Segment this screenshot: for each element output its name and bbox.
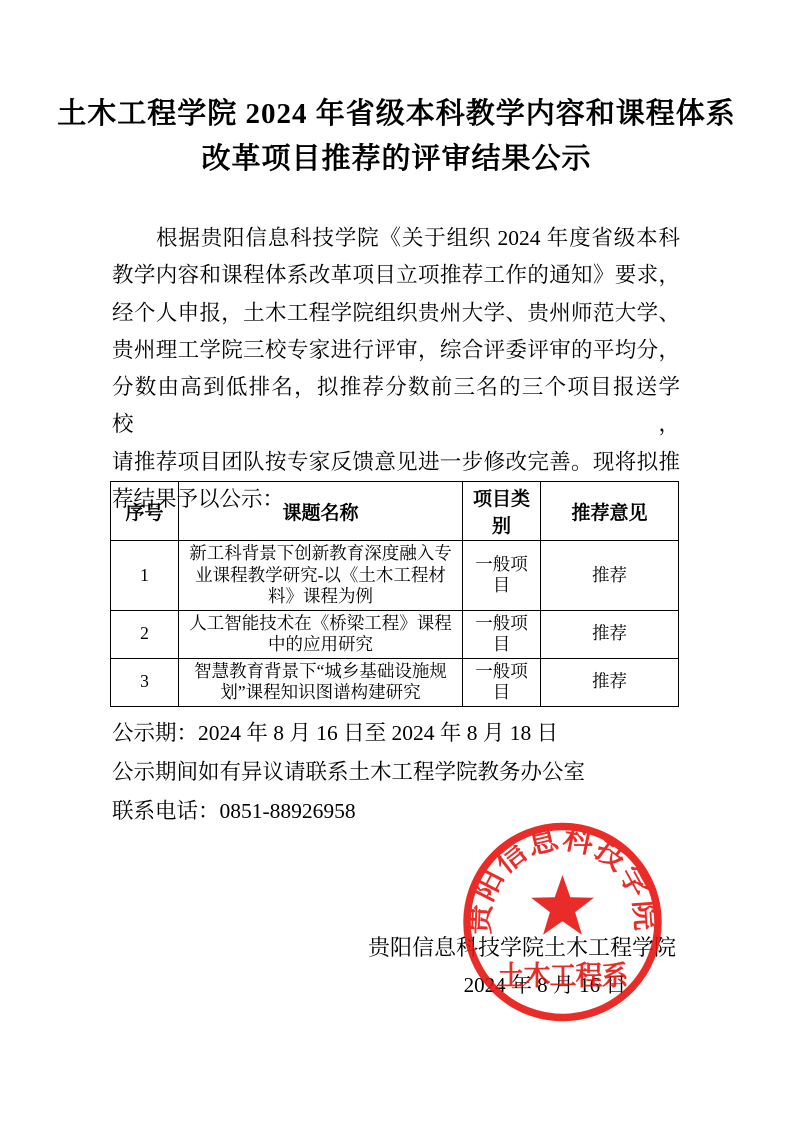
- body-line: 请推荐项目团队按专家反馈意见进一步修改完善。现将拟推: [112, 444, 680, 481]
- seal-star-icon: [531, 875, 594, 935]
- header-category: 项目类别: [463, 482, 541, 541]
- cell-category: 一般项目: [463, 610, 541, 658]
- official-seal: 贵阳信息科技学院 土木工程系: [442, 802, 682, 1042]
- header-no: 序号: [111, 482, 179, 541]
- results-table: 序号 课题名称 项目类别 推荐意见 1 新工科背景下创新教育深度融入专业课程教学…: [110, 481, 679, 707]
- table-row: 2 人工智能技术在《桥梁工程》课程中的应用研究 一般项目 推荐: [111, 610, 679, 658]
- table-row: 3 智慧教育背景下“城乡基础设施规划”课程知识图谱构建研究 一般项目 推荐: [111, 658, 679, 706]
- title-line-1: 土木工程学院 2024 年省级本科教学内容和课程体系: [56, 92, 737, 137]
- body-line: 贵州理工学院三校专家进行评审，综合评委评审的平均分，: [112, 332, 680, 369]
- table-header-row: 序号 课题名称 项目类别 推荐意见: [111, 482, 679, 541]
- document-page: 土木工程学院 2024 年省级本科教学内容和课程体系 改革项目推荐的评审结果公示…: [0, 0, 793, 1122]
- cell-title: 新工科背景下创新教育深度融入专业课程教学研究-以《土木工程材料》课程为例: [179, 541, 463, 611]
- page-title: 土木工程学院 2024 年省级本科教学内容和课程体系 改革项目推荐的评审结果公示: [56, 92, 737, 182]
- body-line: 分数由高到低排名，拟推荐分数前三名的三个项目报送学校，: [112, 369, 680, 444]
- seal-center-text: 土木工程系: [498, 960, 629, 991]
- table-row: 1 新工科背景下创新教育深度融入专业课程教学研究-以《土木工程材料》课程为例 一…: [111, 541, 679, 611]
- objection-contact-line: 公示期间如有异议请联系土木工程学院教务办公室: [112, 753, 712, 792]
- header-title: 课题名称: [179, 482, 463, 541]
- cell-no: 1: [111, 541, 179, 611]
- body-line: 教学内容和课程体系改革项目立项推荐工作的通知》要求，: [112, 257, 680, 294]
- body-line: 经个人申报，土木工程学院组织贵州大学、贵州师范大学、: [112, 295, 680, 332]
- cell-category: 一般项目: [463, 658, 541, 706]
- cell-opinion: 推荐: [541, 541, 679, 611]
- cell-no: 3: [111, 658, 179, 706]
- cell-title: 人工智能技术在《桥梁工程》课程中的应用研究: [179, 610, 463, 658]
- header-opinion: 推荐意见: [541, 482, 679, 541]
- cell-title: 智慧教育背景下“城乡基础设施规划”课程知识图谱构建研究: [179, 658, 463, 706]
- cell-category: 一般项目: [463, 541, 541, 611]
- cell-no: 2: [111, 610, 179, 658]
- publicity-period-line: 公示期：2024 年 8 月 16 日至 2024 年 8 月 18 日: [112, 714, 712, 753]
- body-paragraph: 根据贵阳信息科技学院《关于组织 2024 年度省级本科 教学内容和课程体系改革项…: [112, 220, 680, 518]
- body-line: 根据贵阳信息科技学院《关于组织 2024 年度省级本科: [112, 220, 680, 257]
- cell-opinion: 推荐: [541, 658, 679, 706]
- title-line-2: 改革项目推荐的评审结果公示: [56, 137, 737, 182]
- cell-opinion: 推荐: [541, 610, 679, 658]
